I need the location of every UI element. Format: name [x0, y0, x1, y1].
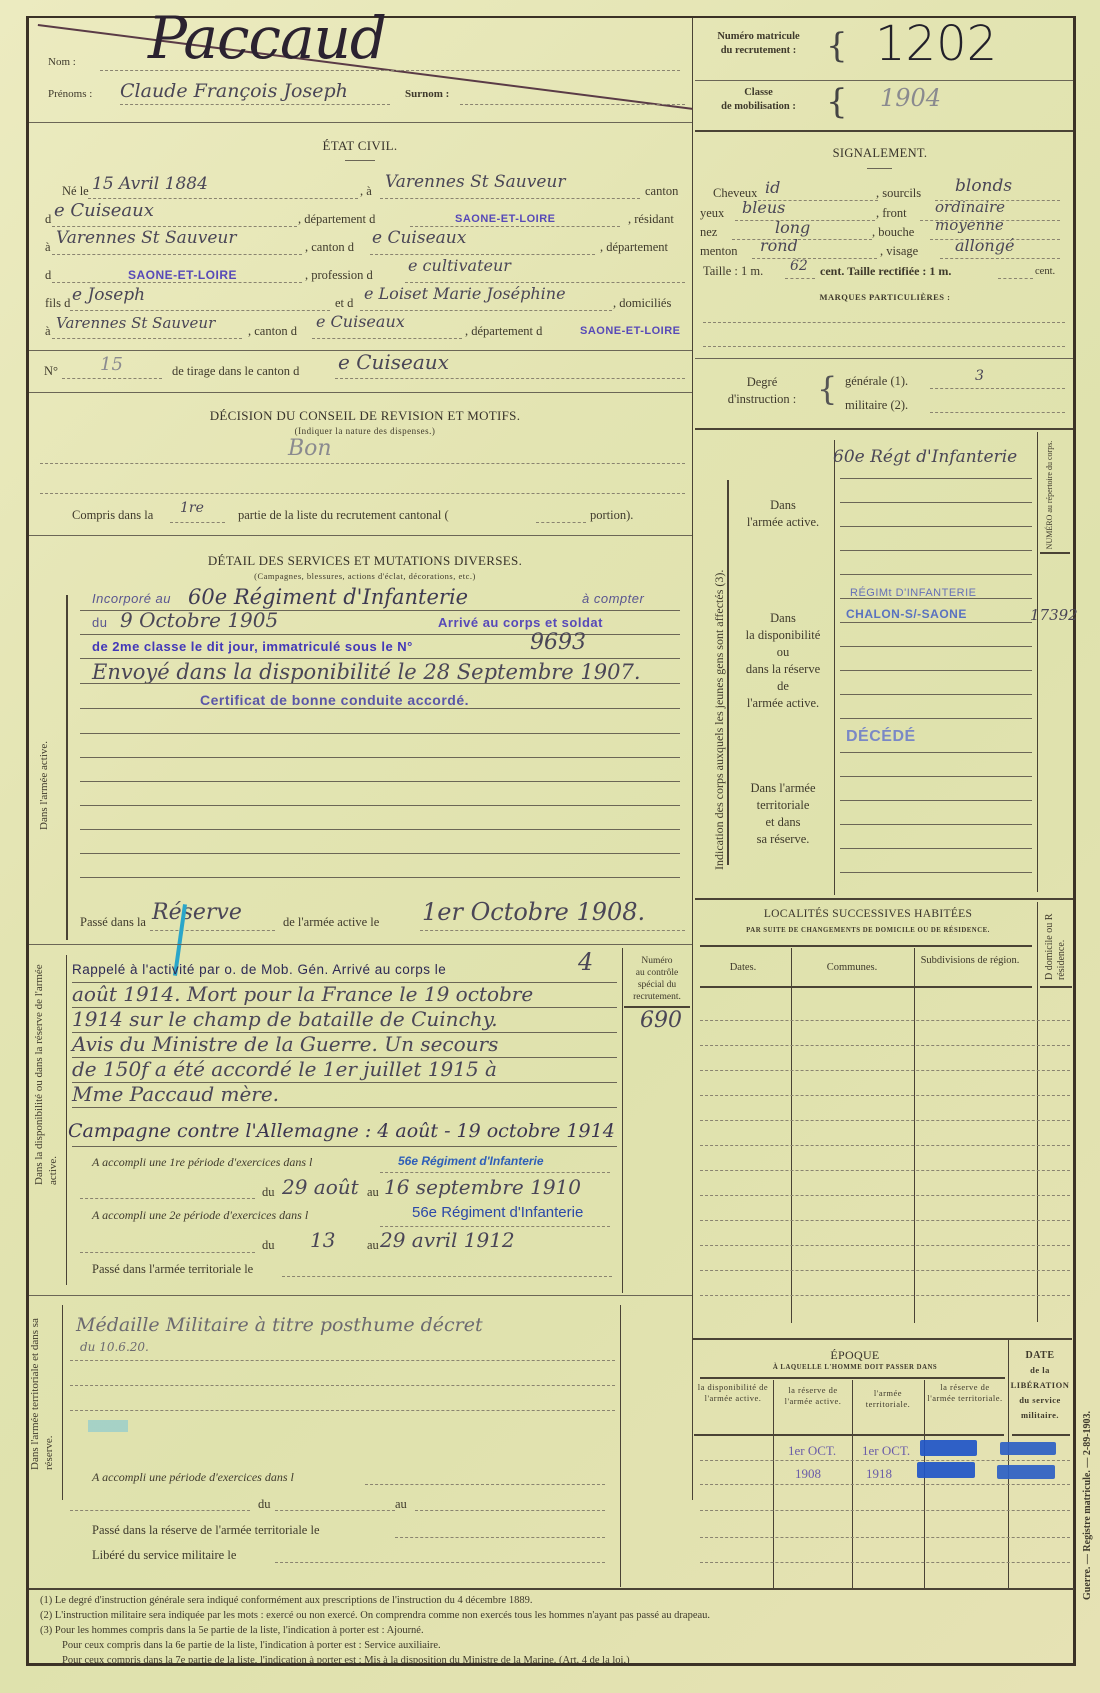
- footnote-4: Pour ceux compris dans la 6e partie de l…: [40, 1638, 1060, 1653]
- sourcils-label: , sourcils: [876, 186, 921, 201]
- residence-prefix: à: [45, 240, 51, 255]
- reserve-active-date-2: 1908: [795, 1466, 821, 1482]
- footnote-2: (2) L'instruction militaire sera indiqué…: [40, 1608, 1060, 1623]
- departement3-label: , département d: [465, 324, 542, 339]
- blue-smudge: [88, 1420, 128, 1432]
- decede-stamp: DÉCÉDÉ: [846, 728, 916, 746]
- father-value: e Joseph: [72, 285, 145, 305]
- regiment-hand: 60e Régiment d'Infanterie: [188, 585, 468, 609]
- redaction-block: [920, 1440, 977, 1456]
- footnote-3: (3) Pour les hommes compris dans la 5e p…: [40, 1623, 1060, 1638]
- taille-rest: cent. Taille rectifiée : 1 m.: [820, 264, 951, 279]
- periode2-du-value: 13: [310, 1228, 335, 1252]
- compris-label: Compris dans la: [72, 508, 153, 523]
- periode3-label: A accompli une période d'exercices dans …: [92, 1470, 294, 1485]
- profession-label: , profession d: [305, 268, 373, 283]
- departement-stamp: SAONE-ET-LOIRE: [455, 213, 556, 225]
- taille-value: 62: [790, 258, 808, 274]
- domicilies-label: , domiciliés: [613, 296, 671, 311]
- front-value: ordinaire: [935, 198, 1005, 216]
- disponibilite-hand: Envoyé dans la disponibilité le 28 Septe…: [92, 660, 641, 684]
- immatricule-stamp: de 2me classe le dit jour, immatriculé s…: [92, 639, 413, 654]
- periode2-au-label: au: [367, 1238, 379, 1253]
- corps-dispo-label: Dansla disponibilitéoudans la réservedel…: [733, 610, 833, 712]
- portion-label: portion).: [590, 508, 633, 523]
- side-label-active: Dans l'armée active.: [38, 741, 50, 830]
- cheveux-value: id: [765, 178, 780, 197]
- periode1-au-value: 16 septembre 1910: [384, 1175, 581, 1199]
- dispo-numero: 17392: [1030, 606, 1078, 624]
- side-label-dispo: Dans la disponibilité ou dans la réserve…: [32, 955, 60, 1185]
- dispo-stamp-2: CHALON-S/-SAONE: [846, 607, 967, 621]
- decision-value: Bon: [288, 436, 332, 461]
- footnote-5: Pour ceux compris dans la 7e partie de l…: [40, 1653, 1060, 1668]
- numero-repertoire-label: NUMÉRO au répertoire du corps.: [1044, 430, 1056, 560]
- periode3-au-label: au: [395, 1497, 407, 1512]
- immatricule-number: 9693: [530, 630, 586, 655]
- prenoms-value: Claude François Joseph: [120, 80, 348, 102]
- redaction-block: [997, 1465, 1055, 1479]
- medaille-date: du 10.6.20.: [80, 1340, 149, 1354]
- reserve-active-date-1: 1er OCT.: [788, 1443, 836, 1459]
- passe-label: Passé dans la: [80, 915, 146, 930]
- epoque-col-reserve-active: la réserve de l'armée active.: [775, 1385, 851, 1407]
- matricule-label: Numéro matriculedu recrutement :: [696, 30, 821, 58]
- epoque-col-disponibilite: la disponibilité de l'armée active.: [694, 1382, 772, 1404]
- column-divider: [692, 18, 693, 1500]
- periode2-label: A accompli une 2e période d'exercices da…: [92, 1208, 308, 1223]
- canton3-value: e Cuiseaux: [316, 312, 405, 331]
- periode1-label: A accompli une 1re période d'exercices d…: [92, 1155, 312, 1170]
- militaire-label: militaire (2).: [845, 398, 908, 413]
- rappel-line-5: Mme Paccaud mère.: [72, 1082, 279, 1106]
- rappel-day: 4: [578, 948, 593, 976]
- passe-rest: de l'armée active le: [283, 915, 379, 930]
- canton-label: canton: [645, 184, 678, 199]
- periode2-du-label: du: [262, 1238, 275, 1253]
- periode1-au-label: au: [367, 1185, 379, 1200]
- territoriale-label: Passé dans l'armée territoriale le: [92, 1262, 253, 1277]
- corps-territoriale-label: Dans l'arméeterritorialeet danssa réserv…: [733, 780, 833, 848]
- tirage-no-label: N°: [44, 364, 58, 379]
- epoque-col-reserve-territoriale: la réserve de l'armée territoriale.: [925, 1382, 1005, 1404]
- yeux-value: bleus: [742, 198, 785, 217]
- side-label-territoriale: Dans l'armée territoriale et dans sa rés…: [28, 1310, 56, 1470]
- birth-date: 15 Avril 1884: [92, 174, 208, 194]
- services-subtitle: (Campagnes, blessures, actions d'éclat, …: [40, 571, 690, 581]
- taille-label: Taille : 1 m.: [703, 264, 763, 279]
- profession-value: e cultivateur: [408, 256, 511, 275]
- compris-rest: partie de la liste du recrutement canton…: [238, 508, 449, 523]
- residant-label: , résidant: [628, 212, 674, 227]
- rappel-stamp: Rappelé à l'activité par o. de Mob. Gén.…: [72, 962, 446, 977]
- bouche-label: , bouche: [872, 225, 914, 240]
- du-stamp: du: [92, 615, 107, 630]
- periode2-stamp: 56e Régiment d'Infanterie: [412, 1204, 583, 1221]
- etat-civil-title: ÉTAT CIVIL.: [260, 138, 460, 154]
- localites-title: LOCALITÉS SUCCESSIVES HABITÉES: [700, 908, 1036, 920]
- visage-label: , visage: [880, 244, 918, 259]
- yeux-label: yeux: [700, 206, 724, 221]
- domicile-residence-label: D domicile ou R résidence.: [1044, 900, 1068, 980]
- departement3-stamp: SAONE-ET-LOIRE: [580, 325, 681, 337]
- incorpore-stamp: Incorporé au: [92, 591, 171, 606]
- matricule-value: 1202: [875, 16, 997, 72]
- nom-label: Nom :: [48, 56, 76, 68]
- periode1-du-value: 29 août: [282, 1175, 359, 1199]
- a-compter-stamp: à compter: [582, 591, 644, 606]
- classe-label: Classede mobilisation :: [696, 86, 821, 114]
- margin-note: Guerre. — Registre matricule. — 2-89-190…: [1082, 1411, 1093, 1600]
- numero-controle-value: 690: [640, 1008, 682, 1033]
- surnom-label: Surnom :: [405, 88, 449, 100]
- a-label: , à: [360, 184, 372, 199]
- signalement-title: SIGNALEMENT.: [780, 146, 980, 161]
- passe-value: Réserve: [152, 900, 242, 925]
- tirage-label: de tirage dans le canton d: [172, 364, 299, 379]
- rappel-line-2: 1914 sur le champ de bataille de Cuinchy…: [72, 1007, 498, 1031]
- bouche-value: moyenne: [935, 216, 1004, 234]
- rappel-line-1: août 1914. Mort pour la France le 19 oct…: [72, 982, 533, 1006]
- birthplace: Varennes St Sauveur: [385, 172, 565, 192]
- libere-label: Libéré du service militaire le: [92, 1548, 236, 1563]
- compris-value: 1re: [180, 500, 204, 516]
- col-dates: Dates.: [698, 962, 788, 973]
- canton-value: e Cuiseaux: [54, 200, 154, 221]
- dep2-stamp: SAONE-ET-LOIRE: [128, 268, 237, 282]
- footnote-1: (1) Le degré d'instruction générale sera…: [40, 1593, 1060, 1608]
- periode3-du-label: du: [258, 1497, 271, 1512]
- dom-prefix: à: [45, 324, 51, 339]
- rappel-line-4: de 150f a été accordé le 1er juillet 191…: [72, 1057, 497, 1081]
- periode1-stamp: 56e Régiment d'Infanterie: [398, 1154, 544, 1168]
- nez-value: long: [775, 218, 810, 237]
- passe-date: 1er Octobre 1908.: [422, 898, 645, 926]
- conseil-subtitle: (Indiquer la nature des dispenses.): [40, 426, 690, 436]
- localites-subtitle: PAR SUITE DE CHANGEMENTS DE DOMICILE OU …: [700, 927, 1036, 934]
- corps-side-label: Indication des corps auxquels les jeunes…: [712, 570, 727, 870]
- redaction-block: [917, 1462, 975, 1478]
- canton3-label: , canton d: [248, 324, 297, 339]
- tirage-canton-value: e Cuiseaux: [338, 350, 449, 374]
- canton2-value: e Cuiseaux: [372, 228, 466, 248]
- fils-label: fils d: [45, 296, 70, 311]
- corps-active-value: 60e Régt d'Infanterie: [833, 447, 1017, 467]
- nez-label: nez: [700, 225, 717, 240]
- periode2-au-value: 29 avril 1912: [380, 1228, 515, 1252]
- corps-active-label: Dansl'armée active.: [733, 497, 833, 531]
- menton-value: rond: [760, 236, 798, 255]
- generale-label: générale (1).: [845, 374, 908, 389]
- tirage-no-value: 15: [100, 354, 123, 375]
- col-communes: Communes.: [792, 962, 912, 973]
- registre-matricule-page: Nom : Paccaud Prénoms : Claude François …: [0, 0, 1100, 1693]
- epoque-subtitle: À LAQUELLE L'HOMME DOIT PASSER DANS: [700, 1364, 1010, 1371]
- epoque-col-territoriale: l'armée territoriale.: [853, 1388, 923, 1410]
- visage-value: allongé: [955, 236, 1014, 255]
- services-title: DÉTAIL DES SERVICES ET MUTATIONS DIVERSE…: [40, 553, 690, 569]
- certificat-stamp: Certificat de bonne conduite accordé.: [200, 692, 469, 708]
- territoriale-date-1: 1er OCT.: [862, 1443, 910, 1459]
- menton-label: menton: [700, 244, 738, 259]
- periode1-du-label: du: [262, 1185, 275, 1200]
- dom-value: Varennes St Sauveur: [56, 314, 215, 332]
- campagne-hand: Campagne contre l'Allemagne : 4 août - 1…: [68, 1120, 615, 1142]
- mother-value: e Loiset Marie Joséphine: [364, 284, 566, 303]
- generale-value: 3: [975, 368, 984, 384]
- residence-value: Varennes St Sauveur: [56, 228, 236, 248]
- territoriale-date-2: 1918: [866, 1466, 892, 1482]
- redaction-block: [1000, 1442, 1056, 1455]
- classe-value: 1904: [880, 84, 941, 112]
- reserve-terr-label: Passé dans la réserve de l'armée territo…: [92, 1523, 320, 1538]
- canton2-label: , canton d: [305, 240, 354, 255]
- nom-value: Paccaud: [148, 4, 386, 72]
- marques-label: MARQUES PARTICULIÈRES :: [700, 292, 1070, 302]
- numero-controle-label: Numéroau contrôlespécial durecrutement.: [624, 955, 690, 1003]
- epoque-title: ÉPOQUE: [700, 1348, 1010, 1363]
- conseil-title: DÉCISION DU CONSEIL DE REVISION ET MOTIF…: [40, 408, 690, 424]
- dep2-prefix: d: [45, 268, 51, 283]
- degre-label: Degréd'instruction :: [712, 374, 812, 408]
- date-liberation-header: DATEde laLIBÉRATIONdu servicemilitaire.: [1010, 1348, 1070, 1423]
- ne-le-label: Né le: [62, 184, 89, 199]
- footnotes: (1) Le degré d'instruction générale sera…: [40, 1593, 1060, 1668]
- sourcils-value: blonds: [955, 176, 1012, 196]
- canton-prefix: d: [45, 212, 51, 227]
- col-subdivisions: Subdivisions de région.: [920, 955, 1020, 967]
- departement-label: , département d: [298, 212, 375, 227]
- arrive-stamp: Arrivé au corps et soldat: [438, 615, 603, 630]
- rappel-line-3: Avis du Ministre de la Guerre. Un secour…: [72, 1032, 498, 1056]
- front-label: , front: [876, 206, 907, 221]
- prenoms-label: Prénoms :: [48, 88, 92, 100]
- et-label: et d: [335, 296, 353, 311]
- incorporation-date: 9 Octobre 1905: [120, 608, 278, 632]
- departement2-label: , département: [600, 240, 668, 255]
- medaille-hand: Médaille Militaire à titre posthume décr…: [76, 1314, 483, 1336]
- cent-label: cent.: [1035, 266, 1055, 277]
